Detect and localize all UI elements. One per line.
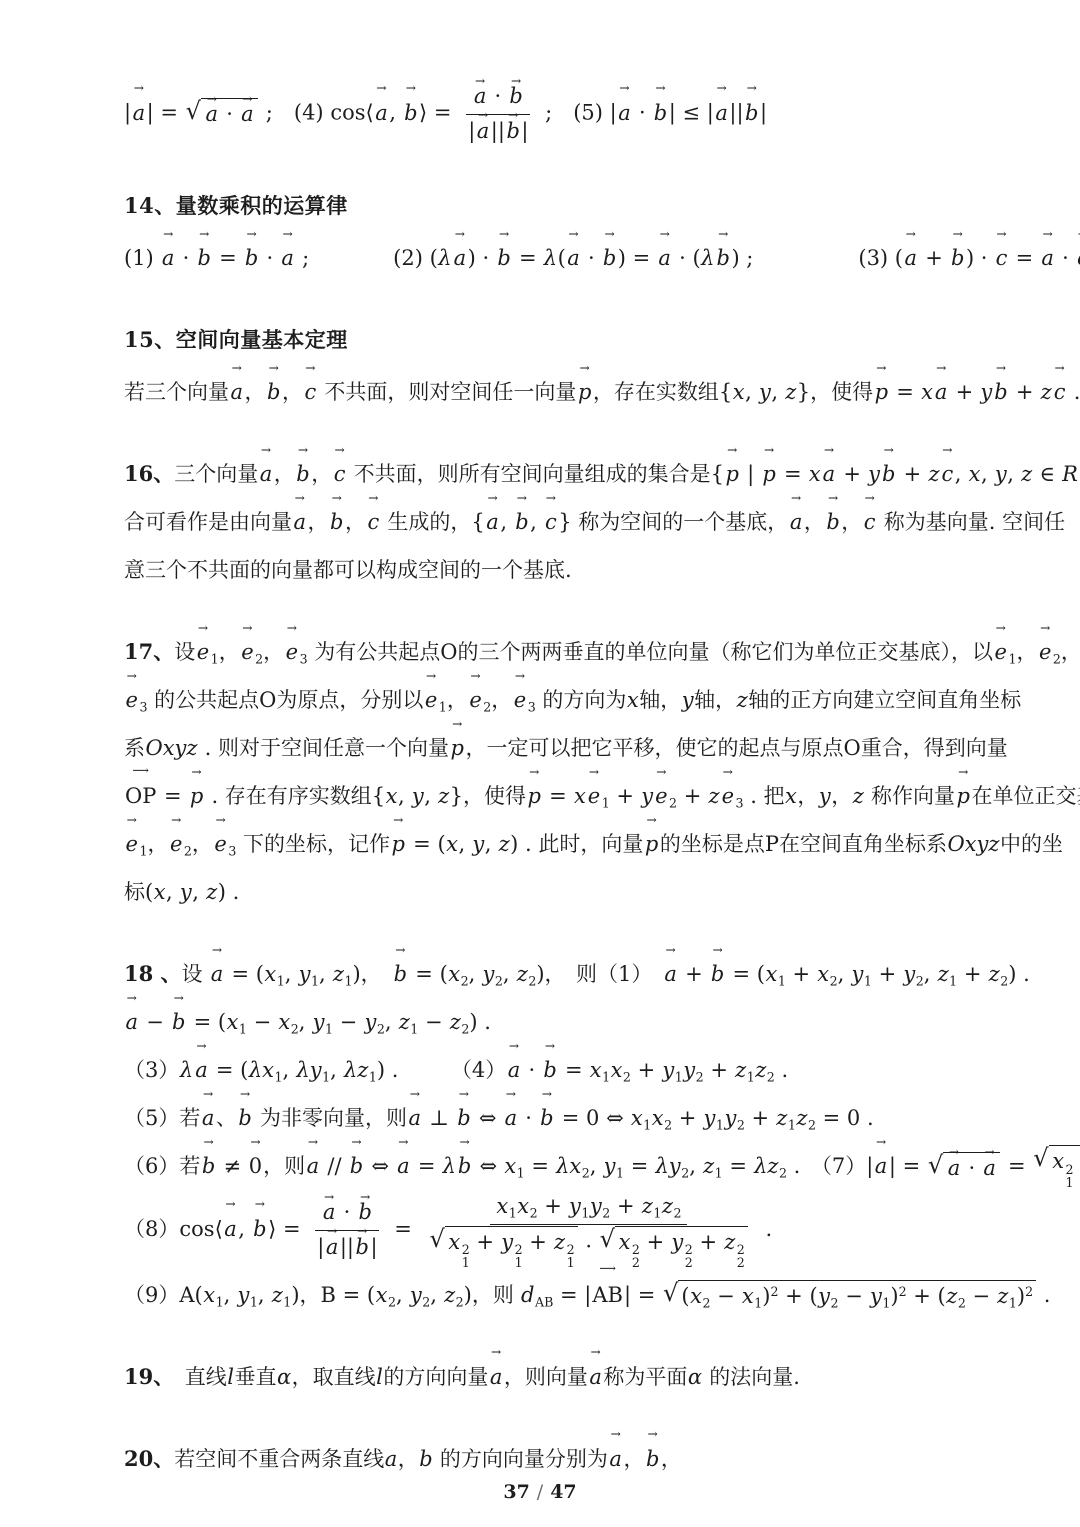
vector-arrow: →e (124, 676, 139, 724)
vector-arrow: →a (788, 498, 804, 546)
vector-arrow: →a (488, 1353, 504, 1401)
vector-arrow: →a (452, 234, 468, 282)
vector-arrow: →b (243, 234, 259, 282)
vector-arrow: →e (124, 820, 139, 868)
heading-item-14: 14、量数乘积的运算律 (124, 182, 970, 230)
vector-arrow: →c (994, 234, 1009, 282)
page-number-separator: / (530, 1481, 550, 1503)
vector-arrow: →b (456, 1142, 472, 1190)
sub-sup-stack: 21 (461, 1243, 470, 1269)
text-line: →e1，→e2，→e3 下的坐标，记作→p = (x, y, z) . 此时，向… (124, 820, 970, 868)
vector-arrow: →p (188, 772, 204, 820)
vector-arrow: →e (1037, 628, 1052, 676)
heading-item-15: 15、空间向量基本定理 (124, 316, 970, 364)
vector-arrow: →a (124, 998, 140, 1046)
text-line: 14、量数乘积的运算律 (124, 182, 970, 230)
vector-arrow: →a (608, 1435, 624, 1483)
vector-arrow: →0 (248, 1142, 263, 1190)
vector-arrow: →a (258, 450, 274, 498)
vector-arrow: →c (862, 498, 877, 546)
vector-arrow: →a (982, 1153, 998, 1183)
vector-arrow: →b (652, 89, 668, 137)
footer: 37/47 (0, 1481, 1080, 1503)
page-number-total: 47 (550, 1481, 576, 1503)
vector-arrow: →p (390, 820, 406, 868)
text-line: 标(x, y, z) . (124, 868, 970, 916)
vector-arrow: →a (588, 1353, 604, 1401)
vector-arrow: →a (131, 89, 147, 137)
vector-arrow: →c (1052, 368, 1067, 416)
vector-arrow: →e (213, 820, 228, 868)
vector-arrow: →e (195, 628, 210, 676)
vector-arrow: →p (724, 450, 740, 498)
item-18-body: 18 、设 →a = (x1, y1, z1)， →b = (x2, y2, z… (124, 950, 970, 1319)
vector-arrow: →b (644, 1435, 660, 1483)
vector-arrow: →a (407, 1094, 423, 1142)
vector-arrow: →e (993, 628, 1008, 676)
vector-arrow: →a (1040, 234, 1056, 282)
square-root: √(x2 − x1)2 + (y2 − y1)2 + (z2 − z1)2 (663, 1280, 1036, 1311)
text-line: →e3 的公共起点O为原点，分别以→e1，→e2，→e3 的方向为x轴，y轴，z… (124, 676, 970, 724)
vector-arrow: →e (512, 676, 527, 724)
text-line: （9）A(x1, y1, z1)，B = (x2, y2, z2)，则 dAB … (124, 1271, 970, 1319)
vector-arrow: →p (955, 772, 971, 820)
fraction: →a · →b|→a||→b| (462, 80, 534, 148)
vector-arrow: →c (940, 450, 955, 498)
vector-arrow: →b (252, 1205, 268, 1253)
text-line: 17、设→e1，→e2，→e3 为有公共起点O的三个两两垂直的单位向量（称它们为… (124, 628, 970, 676)
item-17-body: 17、设→e1，→e2，→e3 为有公共起点O的三个两两垂直的单位向量（称它们为… (124, 628, 970, 916)
vector-overbar: ⟶AB (591, 1271, 624, 1319)
vector-arrow: →e (468, 676, 483, 724)
vector-arrow: →p (761, 450, 777, 498)
dot-product-properties-continued: |→a| = √→a · →a ; (4) cos⟨→a, →b⟩ = →a ·… (124, 80, 970, 148)
sub-sup-stack: 22 (631, 1243, 640, 1269)
vector-arrow: →a (946, 1153, 962, 1183)
vector-arrow: →b (949, 234, 965, 282)
vector-arrow: →e (720, 772, 735, 820)
vector-arrow: →a (160, 234, 176, 282)
vector-arrow: →p (526, 772, 542, 820)
sub-sup-stack: 21 (566, 1243, 575, 1269)
vector-arrow: →b (715, 234, 731, 282)
text-line: ⟶OP = →p . 存在有序实数组{x, y, z}，使得→p = x→e1 … (124, 772, 970, 820)
item-15-body: 若三个向量→a，→b，→c 不共面，则对空间任一向量→p，存在实数组{x, y,… (124, 368, 970, 416)
vector-arrow: →a (374, 89, 390, 137)
text-line: 若三个向量→a，→b，→c 不共面，则对空间任一向量→p，存在实数组{x, y,… (124, 368, 970, 416)
vector-arrow: →b (514, 498, 530, 546)
item-14-formulas: (1) →a · →b = →b · →a ; (2) (λ→a) · →b =… (124, 234, 970, 282)
vector-arrow: →p (643, 820, 659, 868)
vector-arrow: →e (423, 676, 438, 724)
vector-arrow: →p (576, 368, 592, 416)
sub-sup-stack: 21 (514, 1243, 523, 1269)
vector-arrow: →e (240, 628, 255, 676)
vector-arrow: →b (993, 368, 1009, 416)
square-root: √x22 + y22 + z22 (600, 1226, 748, 1270)
vector-arrow: →c (544, 498, 559, 546)
page-number-current: 37 (503, 1481, 529, 1503)
vector-arrow: →b (329, 498, 345, 546)
vector-arrow: →p (873, 368, 889, 416)
vector-arrow: →p (449, 724, 465, 772)
text-line: （6）若→b ≠ →0，则→a // →b ⇔ →a = λ→b ⇔ x1 = … (124, 1142, 970, 1190)
vector-arrow: →e (586, 772, 601, 820)
sub-sup-stack: 22 (684, 1243, 693, 1269)
text-line: 系Oxyz . 则对于空间任意一个向量→p，一定可以把它平移，使它的起点与原点O… (124, 724, 970, 772)
square-root: √x21 + y21 + z21 (1033, 1145, 1080, 1189)
page: |→a| = √→a · →a ; (4) cos⟨→a, →b⟩ = →a ·… (0, 0, 1080, 1527)
vector-arrow: →a (503, 1094, 519, 1142)
vector-arrow: →b (266, 368, 282, 416)
vector-arrow: →a (324, 1232, 340, 1264)
square-root: √x21 + y21 + z21 (430, 1226, 578, 1270)
item-19-body: 19、 直线l垂直α，取直线l的方向向量→a，则向量→a称为平面α 的法向量. (124, 1353, 970, 1401)
vector-arrow: →a (903, 234, 919, 282)
vector-arrow: →b (354, 1232, 370, 1264)
vector-arrow: →a (485, 498, 501, 546)
vector-arrow: →a (873, 1142, 889, 1190)
vector-arrow: →b (200, 1142, 216, 1190)
text-line: 意三个不共面的向量都可以构成空间的一个基底. (124, 546, 970, 594)
vector-arrow: →c (303, 368, 318, 416)
sub-sup-stack: 22 (736, 1243, 745, 1269)
text-line: |→a| = √→a · →a ; (4) cos⟨→a, →b⟩ = →a ·… (124, 80, 970, 148)
vector-arrow: →b (881, 450, 897, 498)
vector-arrow: →b (601, 234, 617, 282)
text-line: 19、 直线l垂直α，取直线l的方向向量→a，则向量→a称为平面α 的法向量. (124, 1353, 970, 1401)
vector-arrow: →e (168, 820, 183, 868)
vector-arrow: →b (744, 89, 760, 137)
text-line: 20、若空间不重合两条直线a，b 的方向向量分别为→a，→b， (124, 1435, 970, 1483)
vector-arrow: →a (396, 1142, 412, 1190)
vector-arrow: →b (403, 89, 419, 137)
vector-arrow: →a (292, 498, 308, 546)
vector-arrow: →a (933, 368, 949, 416)
vector-arrow: →a (223, 1205, 239, 1253)
vector-arrow: →b (505, 116, 521, 148)
vector-arrow: →c (366, 498, 381, 546)
sub-sup-stack: 21 (1065, 1163, 1074, 1189)
vector-arrow: →a (663, 950, 679, 998)
fraction: →a · →b|→a||→b| (311, 1196, 383, 1264)
vector-arrow: →c (1075, 234, 1080, 282)
text-line: 18 、设 →a = (x1, y1, z1)， →b = (x2, y2, z… (124, 950, 970, 998)
vector-arrow: →e (284, 628, 299, 676)
vector-arrow: →b (539, 1094, 555, 1142)
document-body: |→a| = √→a · →a ; (4) cos⟨→a, →b⟩ = →a ·… (124, 80, 970, 1483)
vector-arrow: →a (280, 234, 296, 282)
vector-arrow: →a (617, 89, 633, 137)
vector-arrow: →b (709, 950, 725, 998)
text-line: 合可看作是由向量→a，→b，→c 生成的，{→a, →b, →c} 称为空间的一… (124, 498, 970, 546)
vector-arrow: →a (240, 99, 256, 129)
item-20-body: 20、若空间不重合两条直线a，b 的方向向量分别为→a，→b， (124, 1435, 970, 1483)
vector-arrow: →a (475, 116, 491, 148)
vector-arrow: →b (196, 234, 212, 282)
vector-arrow: →a (657, 234, 673, 282)
text-line: (1) →a · →b = →b · →a ; (2) (λ→a) · →b =… (124, 234, 970, 282)
vector-arrow: →b (825, 498, 841, 546)
vector-arrow: →b (392, 950, 408, 998)
text-line: 15、空间向量基本定理 (124, 316, 970, 364)
vector-arrow: →b (170, 998, 186, 1046)
square-root: √→a · →a (186, 98, 258, 129)
vector-arrow: →a (566, 234, 582, 282)
fraction: x1x2 + y1y2 + z1z2√x21 + y21 + z21 · √x2… (423, 1190, 755, 1271)
item-16-body: 16、三个向量→a，→b，→c 不共面，则所有空间向量组成的集合是{→p | →… (124, 450, 970, 594)
vector-arrow: →b (496, 234, 512, 282)
vector-arrow: →a (714, 89, 730, 137)
vector-arrow: →b (348, 1142, 364, 1190)
vector-arrow: →a (204, 99, 220, 129)
square-root: √→a · →a (928, 1152, 1000, 1183)
vector-arrow: →a (229, 368, 245, 416)
vector-arrow: →a (209, 950, 225, 998)
text-line: （8）cos⟨→a, →b⟩ = →a · →b|→a||→b| = x1x2 … (124, 1190, 970, 1271)
vector-arrow: →a (305, 1142, 321, 1190)
